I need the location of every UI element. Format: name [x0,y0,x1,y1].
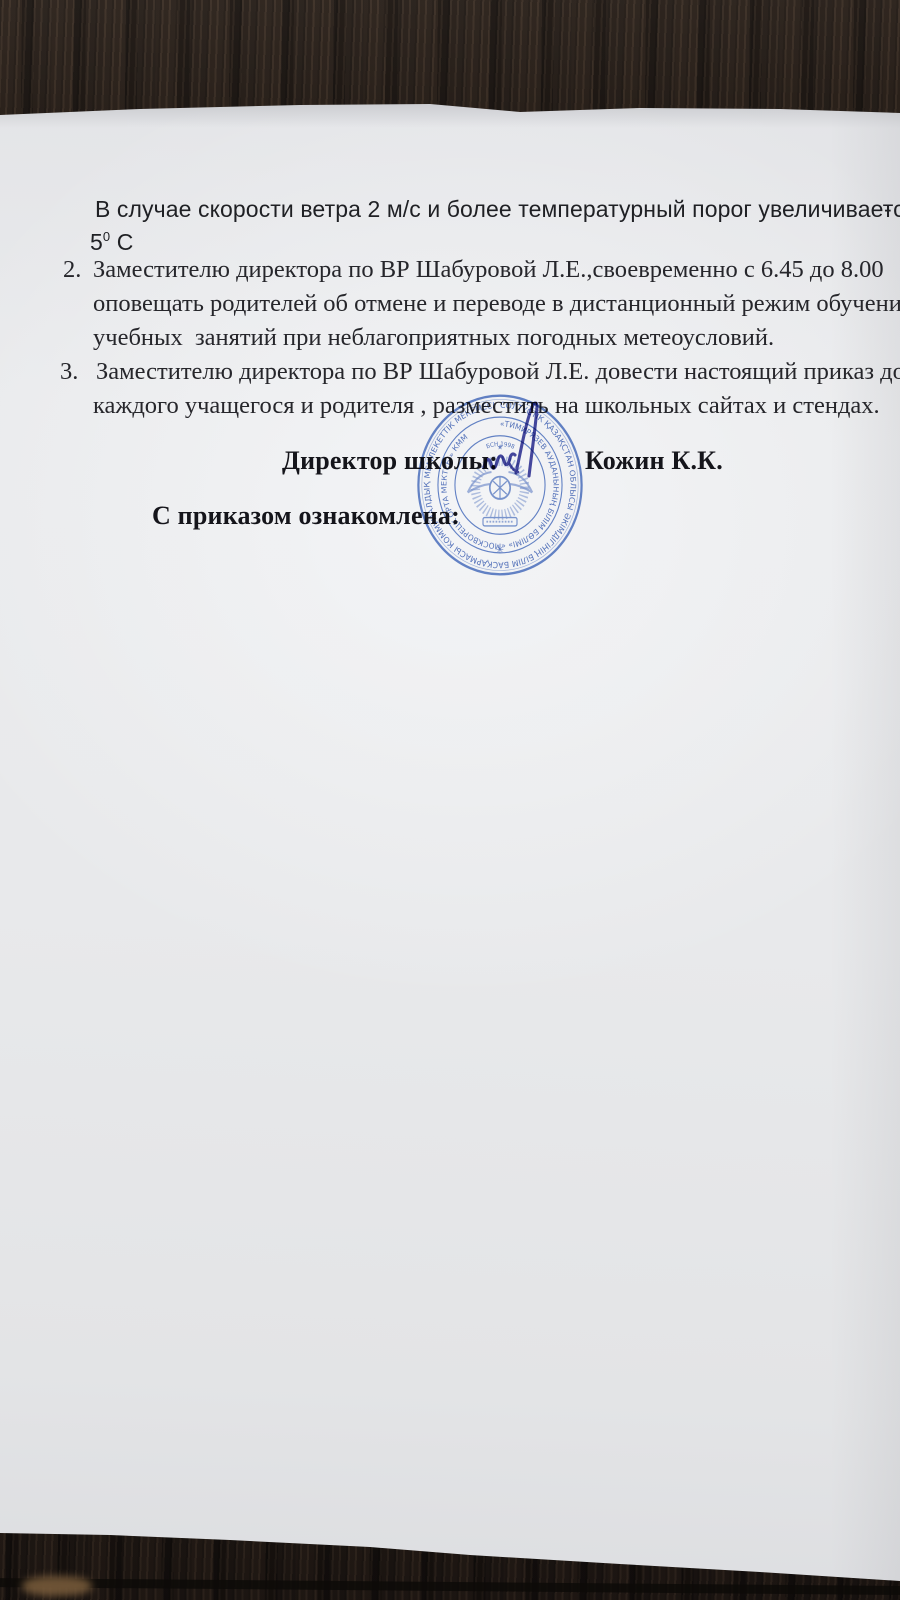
table-board-seam [0,1578,900,1595]
acknowledged-label: С приказом ознакомлена: [152,503,460,529]
paragraph-line: В случае скорости ветра 2 м/с и более те… [95,198,900,221]
list-item-line: учебных занятий при неблагоприятных пого… [93,326,774,351]
temperature-number: 5 [90,229,103,255]
snowflake-icon: ✳ [496,545,504,556]
list-item-line: Заместителю директора по ВР Шабуровой Л.… [93,258,884,283]
document-page: В случае скорости ветра 2 м/с и более те… [0,100,900,1600]
clipped-character-fragment: - [884,198,892,221]
list-item-line: Заместителю директора по ВР Шабуровой Л.… [96,360,900,385]
photo-scene: В случае скорости ветра 2 м/с и более те… [0,0,900,1600]
signature-spike [516,403,537,476]
temperature-unit: С [110,229,133,255]
list-number: 2. [63,258,81,283]
list-number: 3. [60,360,78,385]
director-name: Кожин К.К. [585,448,723,474]
temperature-value-line: 50 С [90,230,133,254]
list-item-line: оповещать родителей об отмене и переводе… [93,292,900,317]
director-signature [478,395,556,487]
floor-glimpse-patch [22,1576,92,1596]
